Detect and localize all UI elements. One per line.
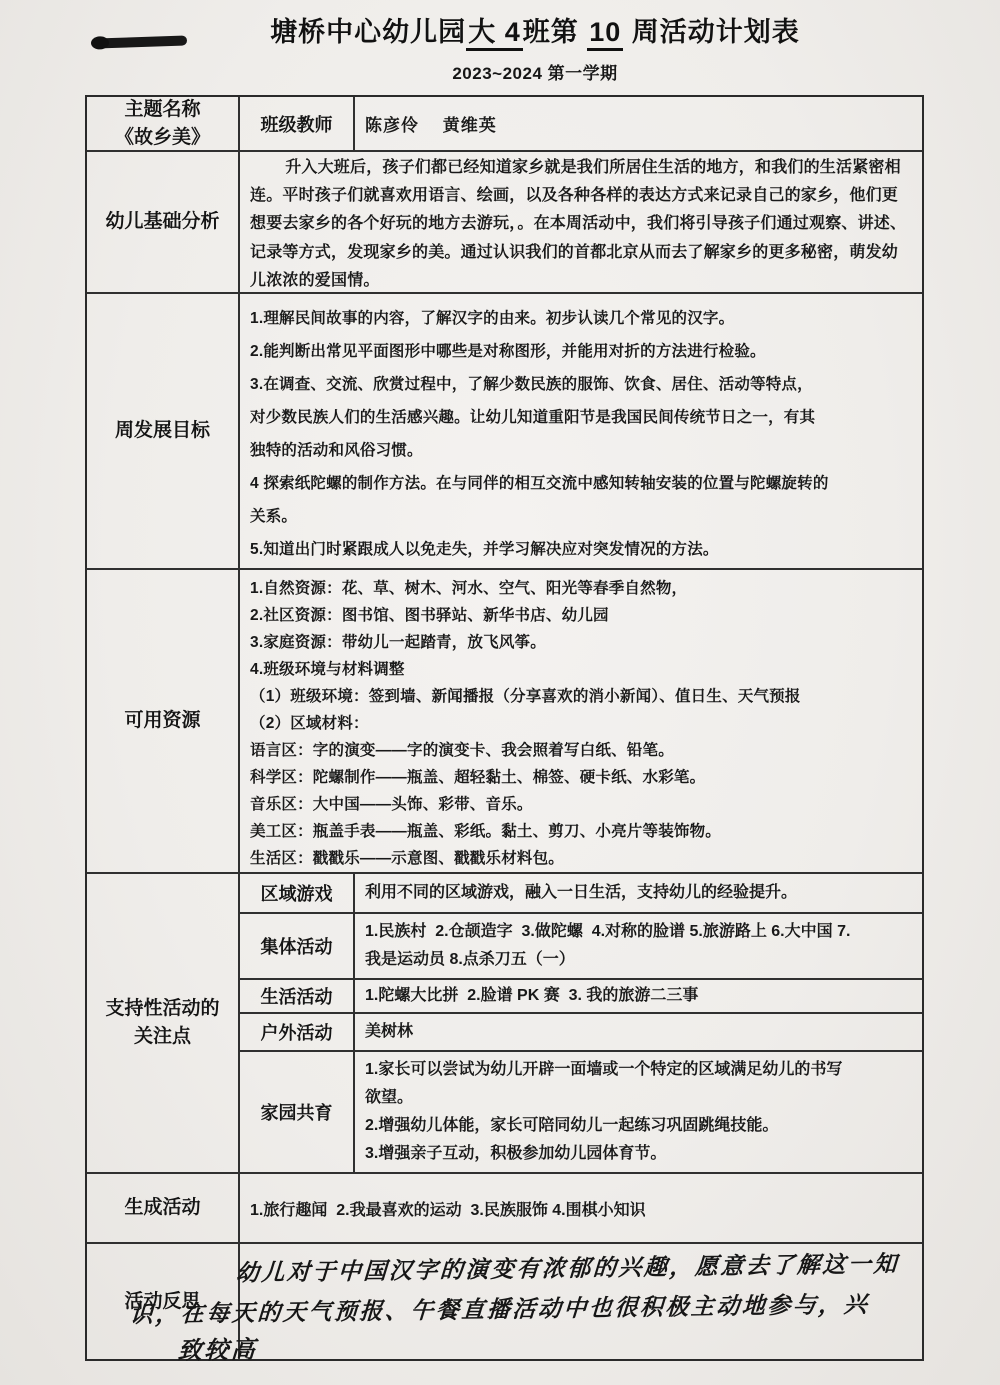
goals-text: 1.理解民间故事的内容，了解汉字的由来。初步认读几个常见的汉字。 2.能判断出常… [240, 294, 922, 568]
subrow-text: 利用不同的区域游戏，融入一日生活，支持幼儿的经验提升。 [355, 874, 922, 912]
teacher-label-cell: 班级教师 [240, 97, 355, 150]
support-subrows: 区域游戏 利用不同的区域游戏，融入一日生活，支持幼儿的经验提升。 集体活动 1.… [240, 874, 922, 1172]
title-part1: 塘桥中心幼儿园 [270, 17, 466, 47]
page-title: 塘桥中心幼儿园大 4班第 10 周活动计划表 [70, 10, 1000, 49]
support-subrow-outdoor-activities: 户外活动 美树林 [240, 1014, 922, 1052]
teacher-names-cell: 陈彦伶 黄维英 [355, 97, 922, 150]
handwriting-line: 识，在每天的天气预报、午餐直播活动中也很积极主动地参与，兴 [129, 1286, 870, 1329]
resource-line: 3.家庭资源：带幼儿一起踏青，放飞风筝。 [250, 629, 912, 656]
support-subrow-group-activities: 集体活动 1.民族村 2.仓颉造字 3.做陀螺 4.对称的脸谱 5.旅游路上 6… [240, 914, 922, 980]
analysis-label: 幼儿基础分析 [87, 152, 240, 292]
theme-name: 《故乡美》 [115, 124, 210, 151]
goals-row: 周发展目标 1.理解民间故事的内容，了解汉字的由来。初步认读几个常见的汉字。 2… [87, 294, 922, 570]
subrow-label: 生活活动 [240, 980, 355, 1012]
resource-line: 音乐区：大中国——头饰、彩带、音乐。 [250, 791, 912, 818]
title-part3: 周活动计划表 [632, 17, 800, 47]
theme-row: 主题名称 《故乡美》 班级教师 陈彦伶 黄维英 [87, 97, 922, 152]
goal-line: 关系。 [250, 500, 912, 533]
goal-line: 5.知道出门时紧跟成人以免走失，并学习解决应对突发情况的方法。 [250, 533, 912, 566]
subrow-text: 1.陀螺大比拼 2.脸谱 PK 赛 3. 我的旅游二三事 [355, 980, 922, 1012]
support-label: 支持性活动的 关注点 [87, 874, 240, 1172]
support-label-line2: 关注点 [134, 1023, 191, 1051]
resource-line: 科学区：陀螺制作——瓶盖、超轻黏土、棉签、硬卡纸、水彩笔。 [250, 764, 912, 791]
handwriting-line: 致较高 [177, 1329, 258, 1365]
resource-line: 美工区：瓶盖手表——瓶盖、彩纸。黏土、剪刀、小亮片等装饰物。 [250, 818, 912, 845]
reflection-row: 活动反思 幼儿对于中国汉字的演变有浓郁的兴趣，愿意去了解这一知 识，在每天的天气… [87, 1244, 922, 1359]
resources-row: 可用资源 1.自然资源：花、草、树木、河水、空气、阳光等春季自然物， 2.社区资… [87, 570, 922, 874]
theme-name-cell: 主题名称 《故乡美》 [87, 97, 240, 150]
support-subrow-life-activities: 生活活动 1.陀螺大比拼 2.脸谱 PK 赛 3. 我的旅游二三事 [240, 980, 922, 1014]
subrow-text: 美树林 [355, 1014, 922, 1050]
subrow-label: 集体活动 [240, 914, 355, 978]
analysis-text: 升入大班后，孩子们都已经知道家乡就是我们所居住生活的地方，和我们的生活紧密相连。… [240, 152, 922, 292]
handwriting-line: 幼儿对于中国汉字的演变有浓郁的兴趣，愿意去了解这一知 [235, 1245, 900, 1287]
support-subrow-home-coeducation: 家园共育 1.家长可以尝试为幼儿开辟一面墙或一个特定的区域满足幼儿的书写 欲望。… [240, 1052, 922, 1172]
generated-row: 生成活动 1.旅行趣闻 2.我最喜欢的运动 3.民族服饰 4.围棋小知识 [87, 1174, 922, 1244]
title-underlined-class: 大 4 [466, 17, 523, 51]
resources-text: 1.自然资源：花、草、树木、河水、空气、阳光等春季自然物， 2.社区资源：图书馆… [240, 570, 922, 872]
theme-label: 主题名称 [124, 97, 200, 124]
resource-line: 语言区：字的演变——字的演变卡、我会照着写白纸、铅笔。 [250, 737, 912, 764]
goal-line: 3.在调查、交流、欣赏过程中，了解少数民族的服饰、饮食、居住、活动等特点， [250, 368, 912, 401]
subrow-label: 区域游戏 [240, 874, 355, 912]
resources-label: 可用资源 [87, 570, 240, 872]
resource-line: （1）班级环境：签到墙、新闻播报（分享喜欢的消小新闻）、值日生、天气预报 [250, 683, 912, 710]
goal-line: 2.能判断出常见平面图形中哪些是对称图形，并能用对折的方法进行检验。 [250, 335, 912, 368]
support-row: 支持性活动的 关注点 区域游戏 利用不同的区域游戏，融入一日生活，支持幼儿的经验… [87, 874, 922, 1174]
title-part2: 班第 [523, 17, 579, 47]
resource-line: 1.自然资源：花、草、树木、河水、空气、阳光等春季自然物， [250, 575, 912, 602]
title-underlined-week: 10 [587, 17, 623, 51]
resource-line: 生活区：戳戳乐——示意图、戳戳乐材料包。 [250, 845, 912, 872]
resource-line: 4.班级环境与材料调整 [250, 656, 912, 683]
goal-line: 独特的活动和风俗习惯。 [250, 434, 912, 467]
goal-line: 4 探索纸陀螺的制作方法。在与同伴的相互交流中感知转轴安装的位置与陀螺旋转的 [250, 467, 912, 500]
activity-plan-table: 主题名称 《故乡美》 班级教师 陈彦伶 黄维英 幼儿基础分析 升入大班后，孩子们… [85, 95, 924, 1361]
goal-line: 1.理解民间故事的内容，了解汉字的由来。初步认读几个常见的汉字。 [250, 302, 912, 335]
document-header: 塘桥中心幼儿园大 4班第 10 周活动计划表 2023~2024 第一学期 [0, 10, 1000, 84]
generated-label: 生成活动 [87, 1174, 240, 1242]
subrow-label: 家园共育 [240, 1052, 355, 1172]
reflection-handwriting: 幼儿对于中国汉字的演变有浓郁的兴趣，愿意去了解这一知 识，在每天的天气预报、午餐… [240, 1244, 922, 1359]
teacher-names: 陈彦伶 黄维英 [365, 111, 497, 136]
support-subrow-area-games: 区域游戏 利用不同的区域游戏，融入一日生活，支持幼儿的经验提升。 [240, 874, 922, 914]
analysis-row: 幼儿基础分析 升入大班后，孩子们都已经知道家乡就是我们所居住生活的地方，和我们的… [87, 152, 922, 294]
subrow-label: 户外活动 [240, 1014, 355, 1050]
teacher-label: 班级教师 [261, 111, 333, 137]
page-subtitle: 2023~2024 第一学期 [70, 59, 1000, 84]
support-label-line1: 支持性活动的 [105, 995, 219, 1023]
resource-line: 2.社区资源：图书馆、图书驿站、新华书店、幼儿园 [250, 602, 912, 629]
goal-line: 对少数民族人们的生活感兴趣。让幼儿知道重阳节是我国民间传统节日之一，有其 [250, 401, 912, 434]
subrow-text: 1.家长可以尝试为幼儿开辟一面墙或一个特定的区域满足幼儿的书写 欲望。 2.增强… [355, 1052, 922, 1172]
resource-line: （2）区域材料： [250, 710, 912, 737]
subrow-text: 1.民族村 2.仓颉造字 3.做陀螺 4.对称的脸谱 5.旅游路上 6.大中国 … [355, 914, 922, 978]
generated-text: 1.旅行趣闻 2.我最喜欢的运动 3.民族服饰 4.围棋小知识 [240, 1174, 922, 1242]
goals-label: 周发展目标 [87, 294, 240, 568]
